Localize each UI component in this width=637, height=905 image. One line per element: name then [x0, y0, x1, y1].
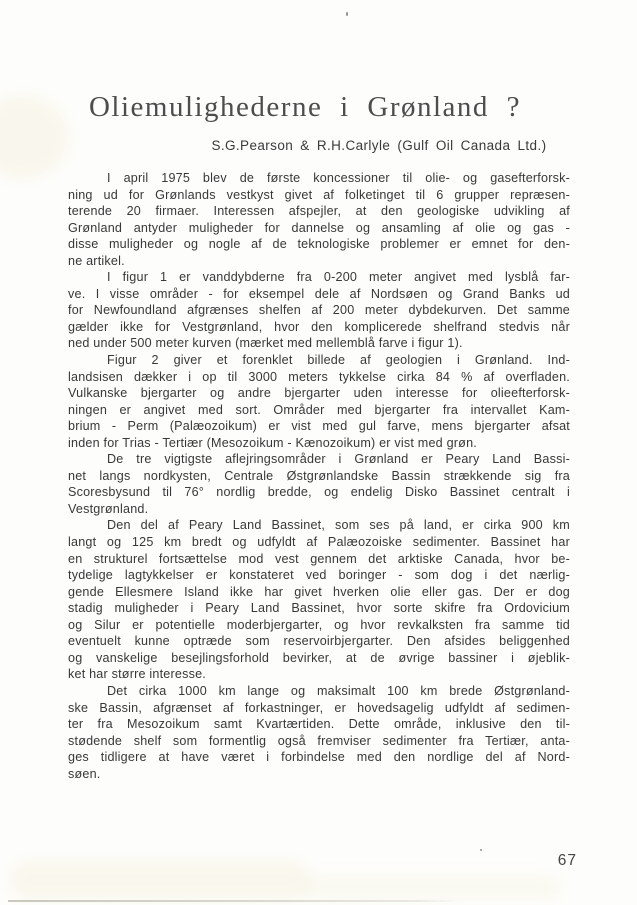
text-line: Scoresbysund til 76° nordlig bredde, og …: [68, 484, 570, 501]
article-body: I april 1975 blev de første koncessioner…: [68, 170, 570, 782]
text-line: ve. I visse områder - for eksempel dele …: [68, 286, 570, 303]
text-line: Vestgrønland.: [68, 501, 570, 518]
scan-speck: [346, 12, 348, 16]
scan-artifact-line: [8, 900, 460, 902]
paragraph: I april 1975 blev de første koncessioner…: [68, 170, 570, 269]
text-line: I figur 1 er vanddybderne fra 0-200 mete…: [68, 269, 570, 286]
text-line: ter fra Mesozoikum samt Kvartærtiden. De…: [68, 716, 570, 733]
text-line: ned under 500 meter kurven (mærket med m…: [68, 335, 570, 352]
text-line: Grønland antyder muligheder for dannelse…: [68, 220, 570, 237]
text-line: disse muligheder og nogle af de teknolog…: [68, 236, 570, 253]
paragraph: Figur 2 giver et forenklet billede af ge…: [68, 352, 570, 451]
byline: S.G.Pearson & R.H.Carlyle (Gulf Oil Cana…: [128, 138, 630, 153]
text-line: ket har større interesse.: [68, 666, 570, 683]
text-line: stadig muligheder i Peary Land Bassinet,…: [68, 600, 570, 617]
text-line: for Newfoundland afgrænses shelfen af 20…: [68, 302, 570, 319]
text-line: Figur 2 giver et forenklet billede af ge…: [68, 352, 570, 369]
text-line: søen.: [68, 766, 570, 783]
text-line: I april 1975 blev de første koncessioner…: [68, 170, 570, 187]
paragraph: I figur 1 er vanddybderne fra 0-200 mete…: [68, 269, 570, 352]
paragraph: De tre vigtigste aflejringsområder i Grø…: [68, 451, 570, 517]
text-line: en strukturel fortsættelse mod vest genn…: [68, 551, 570, 568]
text-line: Vulkanske bjergarter og andre bjergarter…: [68, 385, 570, 402]
text-line: stødende shelf som formentlig også fremv…: [68, 733, 570, 750]
text-line: ning ud for Grønlands vestkyst givet af …: [68, 187, 570, 204]
text-line: tydelige lagtykkelser er konstateret ved…: [68, 567, 570, 584]
paragraph: Den del af Peary Land Bassinet, som ses …: [68, 517, 570, 682]
text-line: net langs nordkysten, Centrale Østgrønla…: [68, 468, 570, 485]
text-line: inden for Trias - Tertiær (Mesozoikum - …: [68, 435, 570, 452]
text-line: og Silur er potentielle moderbjergarter,…: [68, 617, 570, 634]
text-line: ske Bassin, afgrænset af forkastninger, …: [68, 700, 570, 717]
text-line: Den del af Peary Land Bassinet, som ses …: [68, 517, 570, 534]
text-line: eventuelt kunne optræde som reservoirbje…: [68, 633, 570, 650]
text-line: ges tidligere at have været i forbindels…: [68, 749, 570, 766]
text-line: gende Ellesmere Island ikke har givet hv…: [68, 584, 570, 601]
text-line: ningen er angivet med sort. Områder med …: [68, 402, 570, 419]
scanned-article-page: { "document": { "title": "Oliemuligheder…: [0, 0, 637, 905]
text-line: og vanskelige besejlingsforhold bevirker…: [68, 650, 570, 667]
text-line: brium - Perm (Palæozoikum) er vist med g…: [68, 418, 570, 435]
text-line: gælder ikke for Vestgrønland, hvor den k…: [68, 319, 570, 336]
page-number: 67: [558, 852, 577, 870]
scan-speck: [480, 849, 482, 851]
text-line: De tre vigtigste aflejringsområder i Grø…: [68, 451, 570, 468]
text-line: ne artikel.: [68, 253, 570, 270]
paper-smudge: [300, 875, 560, 900]
paper-smudge: [10, 860, 310, 900]
paragraph: Det cirka 1000 km lange og maksimalt 100…: [68, 683, 570, 782]
text-line: terende 20 firmaer. Interessen afspejler…: [68, 203, 570, 220]
page-title: Oliemulighederne i Grønland ?: [54, 91, 556, 124]
text-line: Det cirka 1000 km lange og maksimalt 100…: [68, 683, 570, 700]
text-line: langt og 125 km bredt og udfyldt af Palæ…: [68, 534, 570, 551]
text-line: landsisen dækker i op til 3000 meters ty…: [68, 369, 570, 386]
